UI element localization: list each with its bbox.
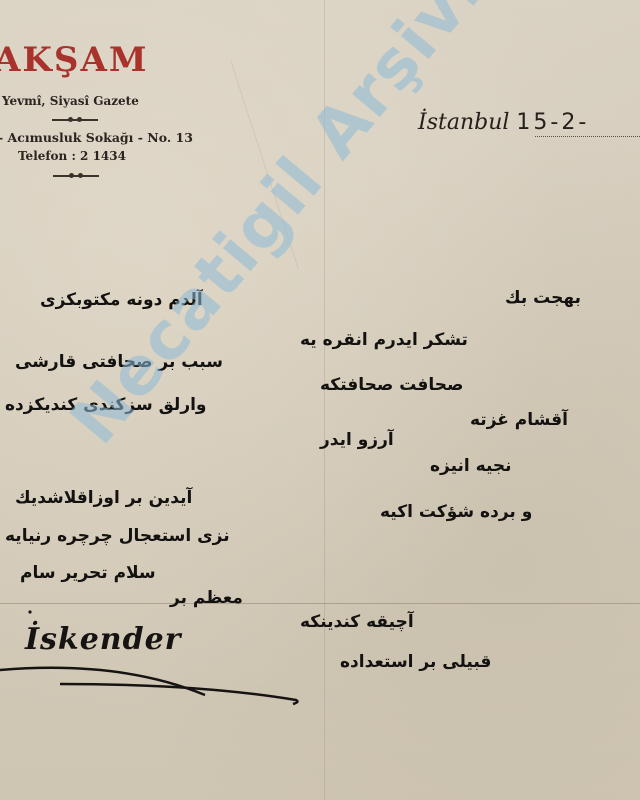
newspaper-subtitle: Yevmî, Siyasî Gazete (2, 94, 139, 108)
dateline: İstanbul 15-2- (418, 110, 589, 135)
handwritten-line: سلام تحرير سام (20, 563, 156, 583)
newspaper-address: - Acımusluk Sokağı - No. 13 (0, 130, 193, 145)
handwritten-salutation: بهجت بك (505, 288, 581, 308)
signature: İskender (25, 622, 181, 657)
newspaper-title: AKŞAM (0, 40, 149, 80)
dateline-date: 15-2- (516, 110, 589, 135)
handwritten-line: نزى استعجال چرچره رنيايه (5, 526, 230, 546)
dateline-place: İstanbul (418, 110, 509, 135)
date-dotted-rule (535, 136, 640, 137)
handwritten-line: صحافت صحافتكه (320, 375, 463, 395)
handwritten-line: آرزو ايدر (320, 430, 394, 450)
handwritten-closing: قبيلى بر استعداده (340, 652, 491, 672)
handwritten-line: و برده شؤكت اكيه (380, 502, 532, 522)
ornament-divider-icon (53, 175, 99, 177)
handwritten-line: نجيه انيزه (430, 456, 512, 476)
handwritten-line: تشكر ايدرم انقره يه (300, 330, 468, 350)
ornament-divider-icon (52, 119, 98, 121)
handwritten-line: آيدين بر اوزاقلاشديك (15, 488, 192, 508)
handwritten-line: آقشام غزته (470, 410, 568, 430)
newspaper-telephone: Telefon : 2 1434 (18, 149, 126, 163)
